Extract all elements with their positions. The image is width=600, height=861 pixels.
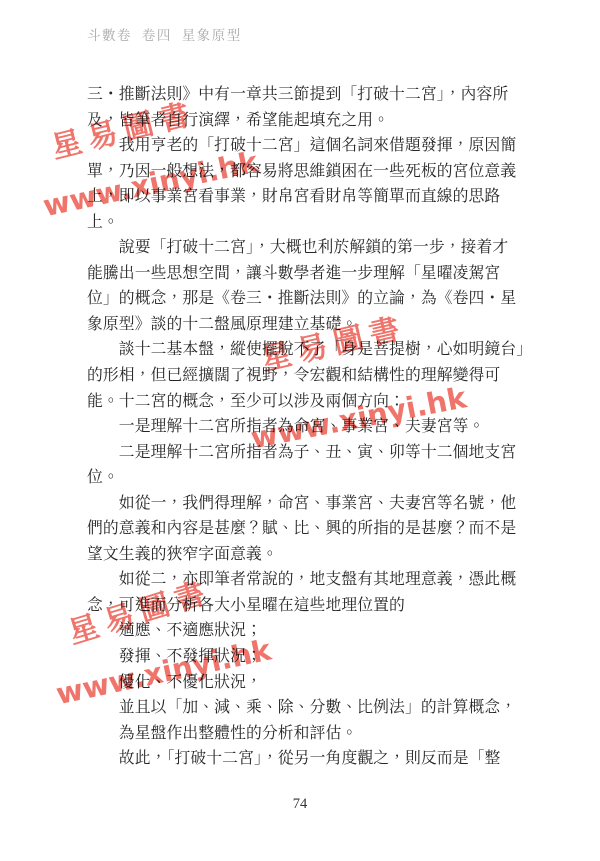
body-line: 故此，「打破十二宮」，從另一角度觀之，則反而是「整 [87, 746, 523, 772]
body-line: 的形相，但已經擴闊了視野，令宏觀和結構性的理解變得可 [87, 363, 523, 389]
body-line: 上。 [87, 210, 523, 236]
body-line: 位」的概念，那是《卷三・推斷法則》的立論，為《卷四・星 [87, 286, 523, 312]
body-line: 位。 [87, 465, 523, 491]
body-line: 望文生義的狹窄字面意義。 [87, 542, 523, 568]
body-line: 三・推斷法則》中有一章共三節提到「打破十二宮」，內容所 [87, 82, 523, 108]
body-line: 念，可進而分析各大小星曜在這些地理位置的 [87, 593, 523, 619]
body-line: 談十二基本盤，縱使擺脫不了「身是菩提樹，心如明鏡台」 [87, 337, 523, 363]
book-page: 斗數卷 卷四 星象原型 三・推斷法則》中有一章共三節提到「打破十二宮」，內容所 … [0, 0, 600, 861]
body-line: 說要「打破十二宮」，大概也利於解鎖的第一步，接着才 [87, 235, 523, 261]
body-line: 如從一，我們得理解，命宮、事業宮、夫妻宮等名號，他 [87, 491, 523, 517]
body-line: 如從二，亦即筆者常說的，地支盤有其地理意義，憑此概 [87, 567, 523, 593]
body-line: 能。十二宮的概念，至少可以涉及兩個方向： [87, 389, 523, 415]
body-line: 們的意義和內容是甚麼？賦、比、興的所指的是甚麼？而不是 [87, 516, 523, 542]
running-header: 斗數卷 卷四 星象原型 [87, 24, 242, 44]
body-line: 優化、不優化狀況， [87, 670, 523, 696]
body-line: 能騰出一些思想空間，讓斗數學者進一步理解「星曜凌駕宮 [87, 261, 523, 287]
body-line: 上，即以事業宮看事業，財帛宮看財帛等簡單而直線的思路 [87, 184, 523, 210]
body-line: 為星盤作出整體性的分析和評估。 [87, 721, 523, 747]
body-line: 發揮、不發揮狀況； [87, 644, 523, 670]
body-line: 二是理解十二宮所指者為子、丑、寅、卯等十二個地支宮 [87, 440, 523, 466]
body-line: 並且以「加、減、乘、除、分數、比例法」的計算概念， [87, 695, 523, 721]
body-line: 適應、不適應狀況； [87, 618, 523, 644]
body-line: 一是理解十二宮所指者為命宮、事業宮、夫妻宮等。 [87, 414, 523, 440]
body-text: 三・推斷法則》中有一章共三節提到「打破十二宮」，內容所 及，皆筆者自行演繹，希望… [87, 82, 523, 772]
body-line: 我用亨老的「打破十二宮」這個名詞來借題發揮，原因簡 [87, 133, 523, 159]
page-number: 74 [0, 796, 600, 813]
body-line: 單，乃因一般想法，都容易將思維鎖困在一些死板的宮位意義 [87, 159, 523, 185]
body-line: 象原型》談的十二盤風原理建立基礎。 [87, 312, 523, 338]
body-line: 及，皆筆者自行演繹，希望能起填充之用。 [87, 108, 523, 134]
